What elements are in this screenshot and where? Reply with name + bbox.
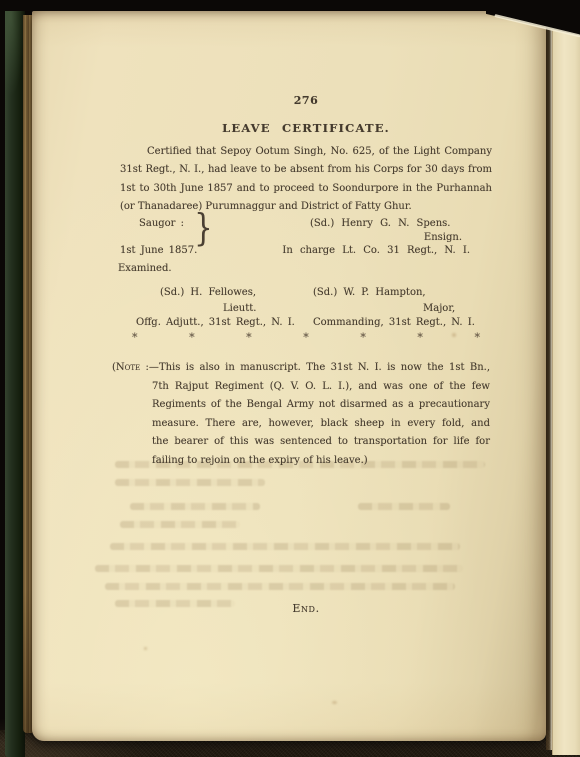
footnote-line: (Note :—This is also in manuscript. The … — [112, 359, 490, 378]
attestation-rank: Ensign. — [120, 232, 462, 244]
examiner-rank: Major, — [423, 303, 455, 315]
page-title: LEAVE CERTIFICATE. — [120, 122, 492, 134]
examiner-role: Offg. Adjutt., 31st Regt., N. I. — [136, 317, 295, 329]
asterisk-separator: * * * * * * * — [132, 332, 480, 344]
attestation-role: In charge Lt. Co. 31 Regt., N. I. — [282, 245, 470, 257]
footnote-line: 7th Rajput Regiment (Q. V. O. L. I.), an… — [112, 378, 490, 397]
attestation-place: Saugor : — [139, 218, 184, 230]
end-label: End. — [120, 603, 492, 615]
page-number: 276 — [120, 95, 492, 107]
asterisk: * — [303, 332, 309, 344]
asterisk: * — [132, 332, 138, 344]
certificate-line: 31st Regt., N. I., had leave to be absen… — [120, 164, 492, 176]
book-page: 276 LEAVE CERTIFICATE. Certified that Se… — [32, 11, 546, 741]
printed-text-block: 276 LEAVE CERTIFICATE. Certified that Se… — [120, 11, 492, 741]
footnote-text: This is also in manuscript. The 31st N. … — [159, 362, 490, 373]
examined-label: Examined. — [118, 263, 172, 275]
asterisk: * — [189, 332, 195, 344]
book-photo: 276 LEAVE CERTIFICATE. Certified that Se… — [0, 0, 580, 757]
attestation-date: 1st June 1857. — [120, 245, 197, 257]
examiner-signature: (Sd.) H. Fellowes, — [160, 287, 256, 299]
footnote: (Note :—This is also in manuscript. The … — [112, 359, 490, 471]
footnote-line: Regiments of the Bengal Army not disarme… — [112, 396, 490, 415]
asterisk: * — [474, 332, 480, 344]
footnote-line: failing to rejoin on the expiry of his l… — [112, 452, 490, 471]
examiner-role: Commanding, 31st Regt., N. I. — [313, 317, 475, 329]
examiner-signature: (Sd.) W. P. Hampton, — [313, 287, 426, 299]
attestation-signature: (Sd.) Henry G. N. Spens. — [310, 218, 450, 230]
certificate-line: (or Thanadaree) Purumnaggur and District… — [120, 201, 492, 213]
certificate-line: 1st to 30th June 1857 and to proceed to … — [120, 183, 492, 195]
next-page-edge — [552, 6, 580, 755]
footnote-line: measure. There are, however, black sheep… — [112, 415, 490, 434]
footnote-label: (Note :— — [112, 362, 159, 373]
book-cover-spine — [5, 7, 25, 757]
asterisk: * — [246, 332, 252, 344]
asterisk: * — [360, 332, 366, 344]
footnote-line: the bearer of this was sentenced to tran… — [112, 433, 490, 452]
asterisk: * — [417, 332, 423, 344]
certificate-line: Certified that Sepoy Ootum Singh, No. 62… — [120, 146, 492, 158]
background-top — [0, 0, 580, 11]
examiner-rank: Lieutt. — [223, 303, 256, 315]
